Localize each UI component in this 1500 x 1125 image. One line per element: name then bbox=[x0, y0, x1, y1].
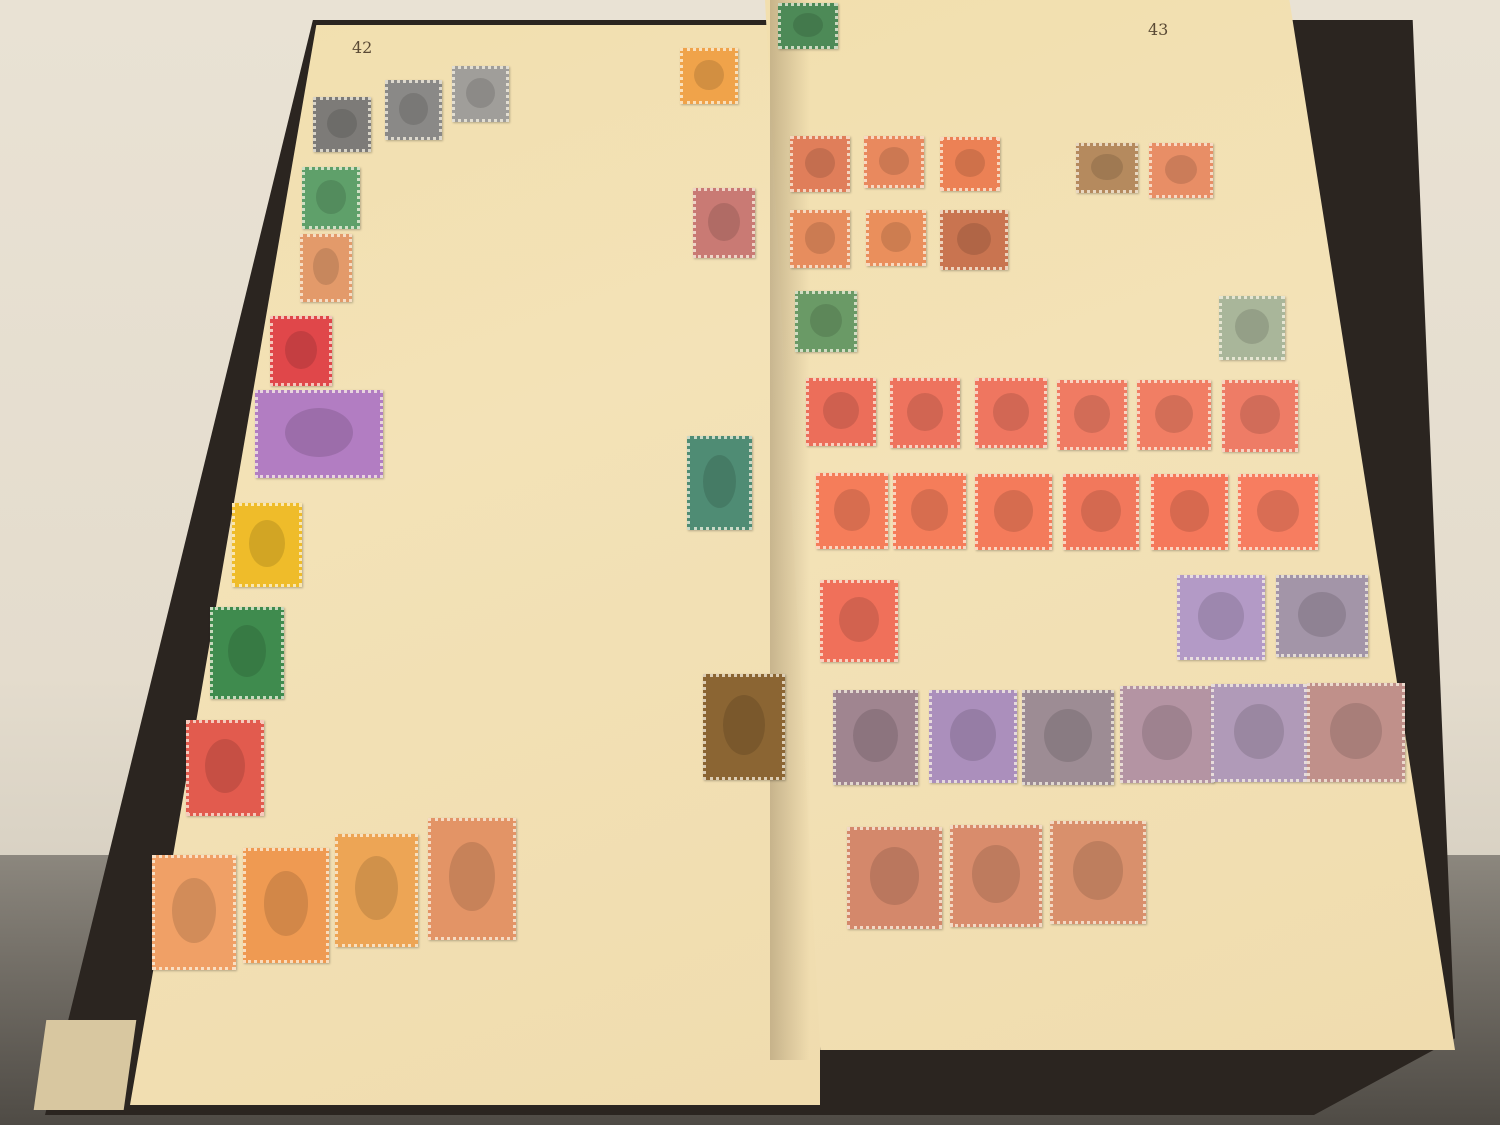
postage-stamp bbox=[940, 210, 1008, 270]
postage-stamp bbox=[703, 674, 785, 780]
postage-stamp bbox=[940, 137, 1000, 191]
postage-stamp bbox=[243, 848, 329, 963]
postage-stamp bbox=[1276, 575, 1368, 657]
postage-stamp bbox=[335, 834, 418, 947]
postage-stamp bbox=[790, 210, 850, 268]
postage-stamp bbox=[152, 855, 236, 970]
postage-stamp bbox=[1063, 474, 1139, 550]
postage-stamp bbox=[890, 378, 960, 448]
postage-stamp bbox=[1238, 474, 1318, 550]
postage-stamp bbox=[428, 818, 516, 940]
postage-stamp bbox=[385, 80, 442, 140]
postage-stamp bbox=[820, 580, 898, 662]
postage-stamp bbox=[313, 97, 371, 152]
postage-stamp bbox=[790, 136, 850, 192]
postage-stamp bbox=[300, 234, 352, 302]
page-number-left: 42 bbox=[352, 38, 372, 57]
postage-stamp bbox=[806, 378, 876, 446]
postage-stamp bbox=[693, 188, 755, 258]
postage-stamp bbox=[1151, 474, 1228, 550]
postage-stamp bbox=[232, 503, 302, 587]
stamp-album: 42 43 bbox=[0, 0, 1500, 1125]
postage-stamp bbox=[816, 473, 888, 549]
postage-stamp bbox=[270, 316, 332, 386]
postage-stamp bbox=[950, 825, 1042, 927]
page-number-right: 43 bbox=[1148, 20, 1168, 39]
postage-stamp bbox=[687, 436, 752, 530]
postage-stamp bbox=[1120, 686, 1214, 783]
postage-stamp bbox=[452, 66, 509, 122]
postage-stamp bbox=[929, 690, 1017, 783]
postage-stamp bbox=[1050, 821, 1146, 924]
postage-stamp bbox=[847, 827, 942, 929]
postage-stamp bbox=[302, 167, 360, 229]
postage-stamp bbox=[864, 136, 924, 188]
postage-stamp bbox=[1219, 296, 1285, 360]
postage-stamp bbox=[833, 690, 918, 785]
postage-stamp bbox=[186, 720, 264, 816]
postage-stamp bbox=[255, 390, 383, 478]
postage-stamp bbox=[975, 474, 1052, 550]
postage-stamp bbox=[1177, 575, 1265, 660]
postage-stamp bbox=[1022, 690, 1114, 785]
postage-stamp bbox=[210, 607, 284, 699]
postage-stamp bbox=[893, 473, 966, 549]
postage-stamp bbox=[795, 291, 857, 352]
postage-stamp bbox=[866, 210, 926, 266]
postage-stamp bbox=[680, 48, 738, 104]
postage-stamp bbox=[1211, 684, 1307, 782]
postage-stamp bbox=[975, 378, 1047, 448]
postage-stamp bbox=[1307, 683, 1405, 782]
postage-stamp bbox=[1137, 380, 1211, 450]
postage-stamp bbox=[1222, 380, 1298, 452]
album-spine-edge bbox=[34, 1020, 137, 1110]
postage-stamp bbox=[1149, 143, 1213, 198]
postage-stamp bbox=[778, 3, 838, 49]
postage-stamp bbox=[1076, 143, 1138, 193]
postage-stamp bbox=[1057, 380, 1127, 450]
